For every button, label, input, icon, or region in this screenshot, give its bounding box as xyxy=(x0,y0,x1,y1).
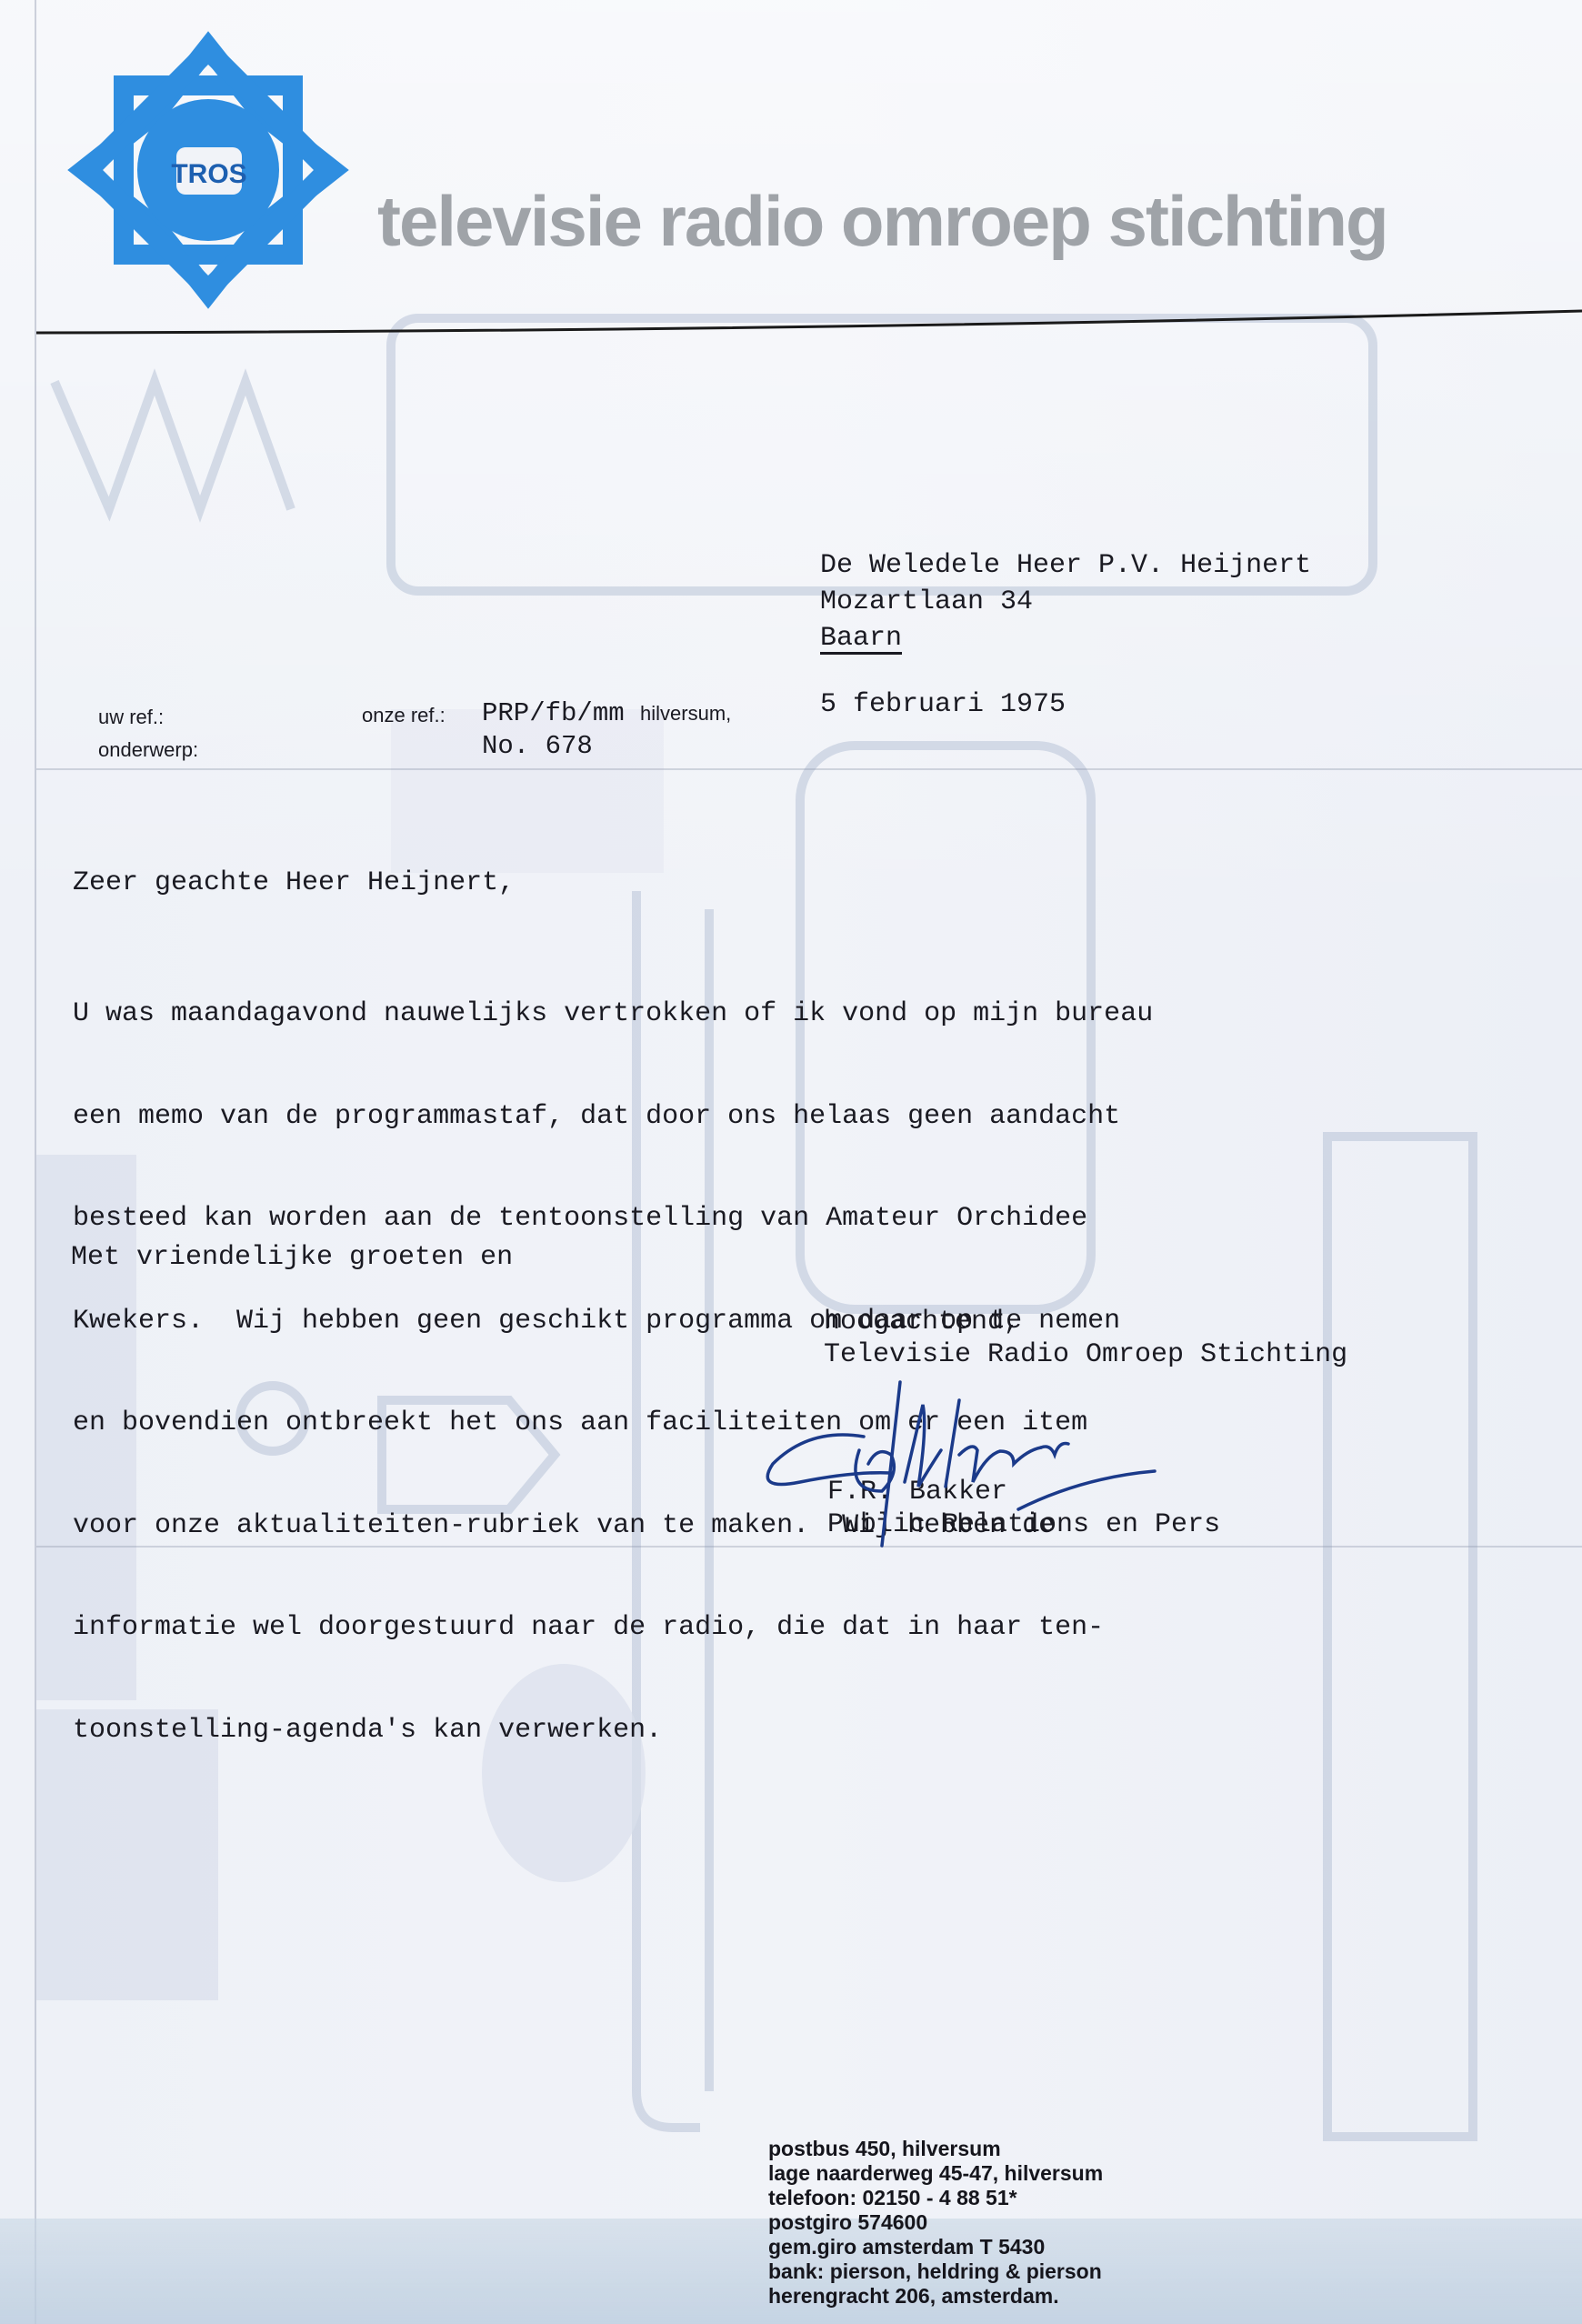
subject-label: onderwerp: xyxy=(98,738,198,762)
our-ref-value: PRP/fb/mm hilversum, xyxy=(482,698,731,728)
recipient-line-name: De Weledele Heer P.V. Heijnert xyxy=(820,547,1311,584)
your-ref-label: uw ref.: xyxy=(98,706,164,729)
header-rule xyxy=(36,309,1582,336)
footer-postbus: postbus 450, hilversum xyxy=(768,2137,1103,2161)
fold-crease xyxy=(36,768,1582,770)
letterhead-footer: postbus 450, hilversum lage naarderweg 4… xyxy=(768,2137,1103,2309)
salutation: Zeer geachte Heer Heijnert, xyxy=(73,867,515,898)
footer-postgiro: postgiro 574600 xyxy=(768,2210,1103,2235)
body-line: U was maandagavond nauwelijks vertrokken… xyxy=(73,997,1153,1032)
letter-date: 5 februari 1975 xyxy=(820,689,1066,720)
body-line: besteed kan worden aan de tentoonstellin… xyxy=(73,1202,1153,1237)
our-ref-label: onze ref.: xyxy=(362,704,446,727)
letterhead-title: televisie radio omroep stichting xyxy=(377,180,1387,263)
footer-bank: bank: pierson, heldring & pierson xyxy=(768,2259,1103,2284)
handwritten-signature xyxy=(755,1364,1191,1564)
sign-off: hoogachtend, Televisie Radio Omroep Stic… xyxy=(824,1306,1347,1371)
body-line: informatie wel doorgestuurd naar de radi… xyxy=(73,1611,1153,1646)
page-edge xyxy=(35,0,36,2324)
recipient-address: De Weledele Heer P.V. Heijnert Mozartlaa… xyxy=(820,547,1311,656)
logo-text: TROS xyxy=(171,159,246,189)
body-line: een memo van de programmastaf, dat door … xyxy=(73,1100,1153,1135)
sign-off-line: hoogachtend, xyxy=(824,1306,1347,1338)
recipient-line-street: Mozartlaan 34 xyxy=(820,584,1311,620)
reference-number: No. 678 xyxy=(482,731,593,761)
closing: Met vriendelijke groeten en xyxy=(71,1242,513,1273)
footer-gemgiro: gem.giro amsterdam T 5430 xyxy=(768,2235,1103,2259)
footer-bank-address: herengracht 206, amsterdam. xyxy=(768,2284,1103,2309)
body-line: toonstelling-agenda's kan verwerken. xyxy=(73,1714,1153,1748)
our-ref-code: PRP/fb/mm xyxy=(482,698,625,728)
tros-star-logo-icon: TROS xyxy=(67,31,349,309)
footer-street: lage naarderweg 45-47, hilversum xyxy=(768,2161,1103,2186)
our-ref-place: hilversum, xyxy=(640,702,731,725)
recipient-city: Baarn xyxy=(820,620,1311,656)
footer-phone: telefoon: 02150 - 4 88 51* xyxy=(768,2186,1103,2210)
